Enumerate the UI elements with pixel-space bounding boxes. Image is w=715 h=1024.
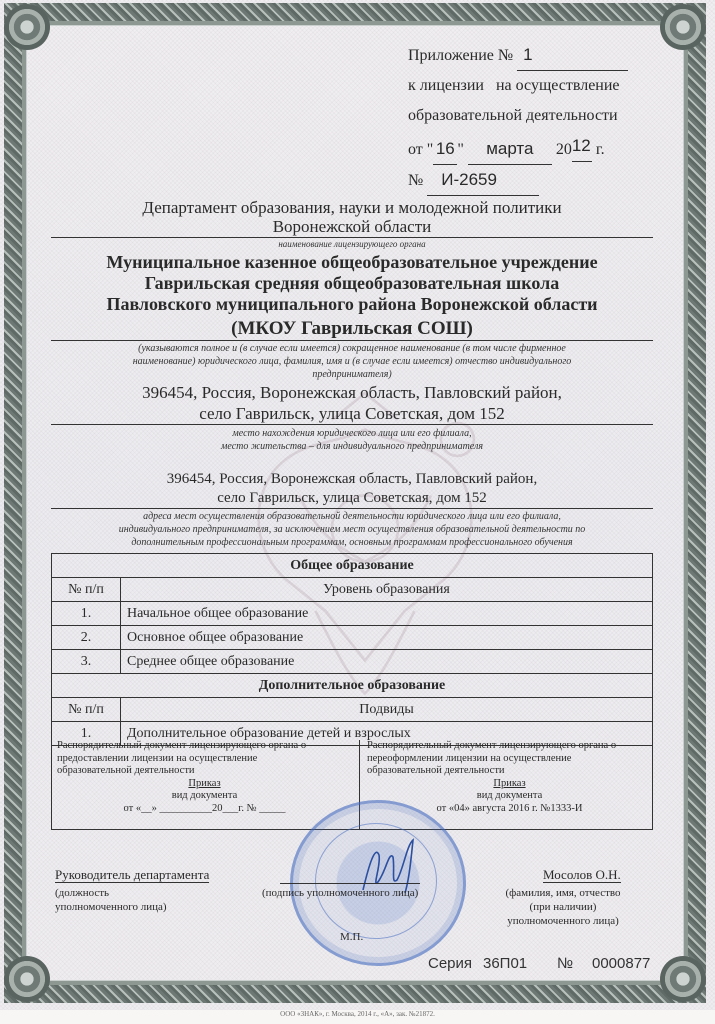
licensing-body-caption: наименование лицензирующего органа: [51, 239, 653, 249]
caption-line: предпринимателя): [51, 368, 653, 381]
license-number: И-2659: [427, 165, 539, 196]
license-appendix-sheet: Приложение № 1 к лицензии на осуществлен…: [0, 0, 715, 1010]
table-row: 2. Основное общее образование: [52, 626, 653, 650]
activity-address-line1: 396454, Россия, Воронежская область, Пав…: [51, 470, 653, 489]
caption-line: место нахождения юридического лица или е…: [51, 427, 653, 440]
table-row: 1. Начальное общее образование: [52, 602, 653, 626]
doc-type: Приказ: [188, 778, 220, 789]
position-title: Руководитель департамента: [55, 867, 209, 883]
organization-name: Муниципальное казенное общеобразовательн…: [51, 252, 653, 315]
activity-address-caption: адреса мест осуществления образовательно…: [51, 510, 653, 549]
date-year: 12: [572, 131, 592, 162]
caption-line: (фамилия, имя, отчество: [478, 886, 648, 900]
col-subtype-header: Подвиды: [121, 698, 653, 722]
caption-line: место жительства – для индивидуального п…: [51, 440, 653, 453]
doc-line: предоставлении лицензии на осуществление: [57, 753, 352, 766]
date-prefix: от: [408, 141, 423, 158]
caption-line: (должность: [55, 886, 167, 900]
license-number-row: № И-2659: [408, 165, 618, 196]
appendix-number: 1: [517, 40, 628, 71]
corner-ornament-icon: [4, 4, 50, 50]
section-header-row: Общее образование: [52, 554, 653, 578]
table-header-row: № п/п Уровень образования: [52, 578, 653, 602]
org-line3: Павловского муниципального района Вороне…: [51, 294, 653, 315]
row-num: 1.: [52, 602, 121, 626]
appendix-date-row: от "16" марта 2012 г.: [408, 131, 618, 165]
legal-address: 396454, Россия, Воронежская область, Пав…: [51, 382, 653, 424]
legal-address-line2: село Гаврильск, улица Советская, дом 152: [51, 403, 653, 424]
year-prefix: 20: [556, 141, 572, 158]
table-header-row: № п/п Подвиды: [52, 698, 653, 722]
grant-document: Распорядительный документ лицензирующего…: [57, 740, 352, 829]
caption-line: (указываются полное и (в случае если име…: [51, 342, 653, 355]
row-name: Основное общее образование: [121, 626, 653, 650]
organization-short-name: (МКОУ Гаврильская СОШ): [51, 318, 653, 340]
org-line1: Муниципальное казенное общеобразовательн…: [51, 252, 653, 273]
divider: [51, 508, 653, 509]
divider: [51, 237, 653, 238]
licensing-body-line2: Воронежской области: [51, 217, 653, 236]
series-value: 36П01: [483, 955, 527, 972]
section-header-row: Дополнительное образование: [52, 674, 653, 698]
caption-line: индивидуального предпринимателя, за искл…: [51, 523, 653, 536]
activity-address: 396454, Россия, Воронежская область, Пав…: [51, 470, 653, 508]
caption-line: уполномоченного лица): [55, 900, 167, 914]
signature-line: [280, 883, 420, 884]
row-num: 3.: [52, 650, 121, 674]
legal-address-line1: 396454, Россия, Воронежская область, Пав…: [51, 382, 653, 403]
row-num: 2.: [52, 626, 121, 650]
appendix-header: Приложение № 1 к лицензии на осуществлен…: [408, 40, 618, 196]
org-line2: Гаврильская средняя общеобразовательная …: [51, 273, 653, 294]
doc-line: Распорядительный документ лицензирующего…: [367, 740, 652, 753]
caption-line: наименование) юридического лица, фамилия…: [51, 355, 653, 368]
legal-address-caption: место нахождения юридического лица или е…: [51, 427, 653, 453]
form-number-value: 0000877: [592, 955, 650, 972]
licensing-body: Департамент образования, науки и молодеж…: [51, 198, 653, 236]
caption-line: уполномоченного лица): [478, 914, 648, 928]
caption-line: адреса мест осуществления образовательно…: [51, 510, 653, 523]
position-caption: (должность уполномоченного лица): [55, 886, 167, 914]
doc-type-caption: вид документа: [367, 790, 652, 803]
corner-ornament-icon: [660, 956, 706, 1002]
position-value: Руководитель департамента: [55, 867, 209, 883]
caption-line: (при наличии): [478, 900, 648, 914]
appendix-line2: к лицензии на осуществление: [408, 71, 618, 101]
signature-caption: (подпись уполномоченного лица): [262, 886, 418, 900]
corner-ornament-icon: [4, 956, 50, 1002]
printer-note: ООО «ЗНАК», г. Москва, 2014 г., «А», зак…: [0, 1010, 715, 1018]
general-education-title: Общее образование: [52, 554, 653, 578]
doc-line: Распорядительный документ лицензирующего…: [57, 740, 352, 753]
additional-education-title: Дополнительное образование: [52, 674, 653, 698]
series-label: Серия: [428, 955, 472, 972]
year-unit: г.: [596, 141, 605, 158]
signer-name-value: Мосолов О.Н.: [543, 867, 621, 883]
seal-label: М.П.: [340, 930, 363, 944]
col-num-header: № п/п: [52, 698, 121, 722]
name-caption: (фамилия, имя, отчество (при наличии) уп…: [478, 886, 648, 928]
corner-ornament-icon: [660, 4, 706, 50]
caption-line: дополнительным профессиональным программ…: [51, 536, 653, 549]
doc-type: Приказ: [493, 778, 525, 789]
col-num-header: № п/п: [52, 578, 121, 602]
divider: [51, 424, 653, 425]
doc-type-caption: вид документа: [57, 790, 352, 803]
education-table: Общее образование № п/п Уровень образова…: [51, 553, 653, 746]
appendix-number-row: Приложение № 1: [408, 40, 618, 71]
organization-caption: (указываются полное и (в случае если име…: [51, 342, 653, 381]
table-row: 3. Среднее общее образование: [52, 650, 653, 674]
doc-line: образовательной деятельности: [367, 765, 652, 778]
date-month: марта: [468, 134, 552, 165]
licensing-body-line1: Департамент образования, науки и молодеж…: [51, 198, 653, 217]
appendix-label: Приложение №: [408, 47, 513, 64]
date-day: 16: [433, 134, 457, 165]
doc-line: переоформлении лицензии на осуществление: [367, 753, 652, 766]
signer-name: Мосолов О.Н.: [543, 867, 621, 883]
appendix-line3: образовательной деятельности: [408, 101, 618, 131]
divider: [51, 340, 653, 341]
col-level-header: Уровень образования: [121, 578, 653, 602]
doc-line: образовательной деятельности: [57, 765, 352, 778]
row-name: Среднее общее образование: [121, 650, 653, 674]
number-label: №: [408, 172, 423, 189]
activity-address-line2: село Гаврильск, улица Советская, дом 152: [51, 489, 653, 508]
doc-date-line: от «__» __________20___г. № _____: [57, 803, 352, 816]
form-number-label: №: [557, 955, 573, 972]
row-name: Начальное общее образование: [121, 602, 653, 626]
